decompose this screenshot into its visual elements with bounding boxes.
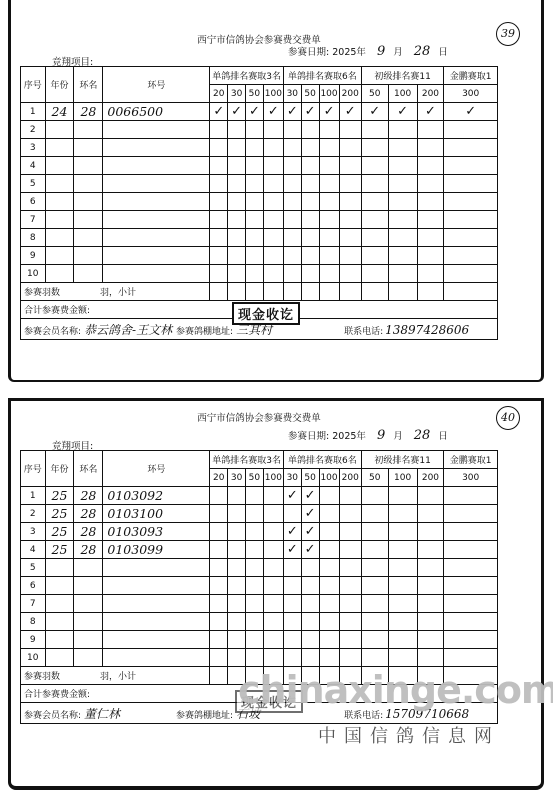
subtotal-cell[interactable] [210,283,228,301]
cell-check[interactable] [228,649,246,667]
cell-year[interactable] [45,157,74,175]
cell-check[interactable] [301,631,319,649]
cell-check[interactable] [444,265,498,283]
cell-check[interactable] [388,175,417,193]
cell-check[interactable] [444,157,498,175]
cell-check[interactable] [361,157,388,175]
cell-check[interactable] [319,157,339,175]
cell-check[interactable] [339,265,361,283]
cell-check[interactable] [245,595,263,613]
cell-check[interactable] [228,595,246,613]
cell-ring-name[interactable] [74,139,103,157]
cell-check[interactable] [245,193,263,211]
cell-check[interactable] [444,523,498,541]
cell-check[interactable] [388,631,417,649]
cell-check[interactable] [210,211,228,229]
cell-check[interactable] [339,595,361,613]
cell-check[interactable] [361,613,388,631]
cell-check[interactable]: ✓ [301,487,319,505]
cell-check[interactable] [228,247,246,265]
cell-check[interactable] [228,175,246,193]
cell-check[interactable] [361,229,388,247]
cell-check[interactable] [210,193,228,211]
cell-check[interactable] [245,523,263,541]
cell-check[interactable] [210,487,228,505]
cell-ring-name[interactable]: 28 [74,487,103,505]
cell-ring-no[interactable]: 0066500 [103,103,210,121]
cell-check[interactable] [210,523,228,541]
cell-check[interactable] [245,505,263,523]
cell-check[interactable] [339,175,361,193]
subtotal-cell[interactable] [388,283,417,301]
cell-check[interactable] [417,523,444,541]
cell-check[interactable] [245,265,263,283]
cell-check[interactable] [417,487,444,505]
cell-check[interactable] [263,175,283,193]
cell-check[interactable] [319,649,339,667]
cell-check[interactable] [283,121,301,139]
cell-ring-name[interactable] [74,211,103,229]
cell-check[interactable] [283,577,301,595]
cell-year[interactable]: 25 [45,541,74,559]
cell-check[interactable] [228,139,246,157]
subtotal-cell[interactable] [283,283,301,301]
cell-year[interactable] [45,559,74,577]
cell-check[interactable] [444,229,498,247]
cell-year[interactable] [45,121,74,139]
cell-ring-name[interactable] [74,157,103,175]
cell-check[interactable] [444,613,498,631]
cell-ring-no[interactable]: 0103100 [103,505,210,523]
cell-ring-no[interactable] [103,157,210,175]
cell-check[interactable] [388,193,417,211]
cell-ring-name[interactable] [74,265,103,283]
cell-check[interactable] [301,157,319,175]
phone-value[interactable]: 13897428606 [385,323,469,337]
cell-check[interactable] [339,157,361,175]
cell-check[interactable] [417,157,444,175]
cell-check[interactable] [263,229,283,247]
cell-year[interactable] [45,247,74,265]
cell-check[interactable] [417,559,444,577]
cell-year[interactable] [45,193,74,211]
cell-ring-no[interactable]: 0103099 [103,541,210,559]
cell-ring-no[interactable] [103,121,210,139]
cell-year[interactable] [45,229,74,247]
cell-check[interactable] [361,487,388,505]
cell-check[interactable] [417,649,444,667]
cell-check[interactable] [301,175,319,193]
cell-check[interactable]: ✓ [283,103,301,121]
cell-check[interactable] [361,139,388,157]
cell-check[interactable]: ✓ [417,103,444,121]
subtotal-cell[interactable] [245,283,263,301]
cell-check[interactable]: ✓ [263,103,283,121]
cell-check[interactable] [283,649,301,667]
cell-check[interactable] [210,577,228,595]
cell-check[interactable] [263,139,283,157]
cell-check[interactable]: ✓ [210,103,228,121]
cell-check[interactable] [339,487,361,505]
cell-check[interactable] [361,595,388,613]
cell-check[interactable] [210,139,228,157]
cell-check[interactable] [263,487,283,505]
cell-check[interactable] [301,121,319,139]
cell-check[interactable] [228,265,246,283]
cell-check[interactable] [245,559,263,577]
subtotal-cell[interactable] [417,283,444,301]
cell-year[interactable] [45,649,74,667]
cell-check[interactable] [301,559,319,577]
cell-check[interactable] [263,595,283,613]
cell-check[interactable] [301,613,319,631]
cell-check[interactable]: ✓ [283,487,301,505]
cell-ring-no[interactable] [103,559,210,577]
cell-check[interactable] [319,139,339,157]
cell-check[interactable] [245,211,263,229]
cell-check[interactable] [245,613,263,631]
cell-check[interactable] [283,139,301,157]
cell-check[interactable] [301,577,319,595]
cell-check[interactable] [417,613,444,631]
cell-ring-no[interactable] [103,139,210,157]
cell-check[interactable] [283,175,301,193]
cell-ring-name[interactable] [74,631,103,649]
cell-ring-no[interactable] [103,211,210,229]
cell-check[interactable] [263,265,283,283]
cell-check[interactable] [210,265,228,283]
cell-check[interactable] [319,193,339,211]
subtotal-cell[interactable] [361,283,388,301]
cell-check[interactable] [210,613,228,631]
cell-ring-name[interactable] [74,613,103,631]
cell-check[interactable]: ✓ [339,103,361,121]
cell-check[interactable] [361,577,388,595]
cell-check[interactable] [444,211,498,229]
cell-check[interactable] [319,541,339,559]
cell-year[interactable] [45,175,74,193]
cell-check[interactable] [228,121,246,139]
cell-check[interactable] [228,211,246,229]
cell-check[interactable] [210,121,228,139]
cell-check[interactable] [210,505,228,523]
cell-ring-name[interactable] [74,577,103,595]
cell-check[interactable] [263,577,283,595]
cell-check[interactable] [319,265,339,283]
cell-check[interactable] [319,175,339,193]
cell-check[interactable] [228,541,246,559]
cell-check[interactable] [417,577,444,595]
cell-check[interactable] [339,247,361,265]
cell-check[interactable] [301,265,319,283]
cell-check[interactable] [283,613,301,631]
cell-year[interactable] [45,577,74,595]
cell-check[interactable] [228,193,246,211]
cell-check[interactable] [283,595,301,613]
cell-check[interactable] [319,595,339,613]
cell-check[interactable] [388,211,417,229]
cell-check[interactable] [301,649,319,667]
cell-check[interactable] [361,631,388,649]
cell-check[interactable] [228,613,246,631]
subtotal-cell[interactable] [319,283,339,301]
subtotal-cell[interactable] [263,283,283,301]
cell-check[interactable] [417,139,444,157]
cell-check[interactable] [228,577,246,595]
cell-check[interactable] [245,631,263,649]
cell-check[interactable] [339,541,361,559]
cell-ring-no[interactable]: 0103093 [103,523,210,541]
cell-check[interactable] [210,595,228,613]
cell-check[interactable] [417,265,444,283]
cell-check[interactable] [444,649,498,667]
cell-check[interactable]: ✓ [283,541,301,559]
cell-check[interactable]: ✓ [444,103,498,121]
cell-check[interactable] [417,211,444,229]
cell-check[interactable] [263,157,283,175]
cell-check[interactable] [444,121,498,139]
subtotal-cell[interactable] [228,283,246,301]
cell-check[interactable] [263,613,283,631]
cell-check[interactable] [444,487,498,505]
cell-check[interactable] [228,631,246,649]
cell-check[interactable]: ✓ [301,541,319,559]
cell-ring-no[interactable] [103,175,210,193]
cell-check[interactable] [301,229,319,247]
cell-check[interactable] [210,631,228,649]
cell-check[interactable] [388,523,417,541]
cell-check[interactable] [245,487,263,505]
cell-check[interactable] [444,139,498,157]
cell-ring-no[interactable] [103,577,210,595]
cell-ring-no[interactable] [103,229,210,247]
cell-check[interactable] [361,523,388,541]
cell-check[interactable] [361,265,388,283]
cell-check[interactable] [361,541,388,559]
cell-check[interactable] [361,175,388,193]
cell-ring-no[interactable] [103,649,210,667]
cell-check[interactable] [339,577,361,595]
cell-check[interactable] [319,211,339,229]
cell-ring-no[interactable] [103,193,210,211]
cell-check[interactable] [361,193,388,211]
cell-ring-name[interactable]: 28 [74,103,103,121]
cell-check[interactable] [319,631,339,649]
cell-check[interactable] [283,247,301,265]
cell-check[interactable] [417,541,444,559]
cell-check[interactable] [388,157,417,175]
cell-year[interactable]: 24 [45,103,74,121]
cell-check[interactable] [283,559,301,577]
cell-check[interactable] [283,265,301,283]
cell-ring-name[interactable] [74,649,103,667]
cell-check[interactable] [319,121,339,139]
cell-check[interactable] [388,247,417,265]
cell-check[interactable] [245,229,263,247]
cell-check[interactable] [319,523,339,541]
cell-check[interactable] [263,193,283,211]
cell-check[interactable] [210,559,228,577]
cell-check[interactable] [388,139,417,157]
cell-ring-name[interactable] [74,595,103,613]
cell-check[interactable] [228,487,246,505]
cell-check[interactable] [283,631,301,649]
cell-check[interactable] [319,505,339,523]
cell-check[interactable] [339,559,361,577]
cell-check[interactable] [263,523,283,541]
cell-check[interactable] [361,121,388,139]
cell-check[interactable] [388,649,417,667]
cell-check[interactable] [319,487,339,505]
cell-check[interactable] [339,229,361,247]
cell-check[interactable] [444,559,498,577]
cell-check[interactable] [388,265,417,283]
cell-check[interactable] [444,175,498,193]
cell-check[interactable] [263,505,283,523]
cell-check[interactable] [210,541,228,559]
cell-check[interactable] [283,505,301,523]
cell-check[interactable] [417,175,444,193]
cell-check[interactable] [417,631,444,649]
cell-check[interactable] [388,613,417,631]
cell-ring-no[interactable]: 0103092 [103,487,210,505]
cell-check[interactable] [245,175,263,193]
cell-check[interactable]: ✓ [245,103,263,121]
cell-year[interactable] [45,631,74,649]
cell-check[interactable] [388,577,417,595]
cell-check[interactable] [319,229,339,247]
cell-check[interactable]: ✓ [301,103,319,121]
cell-check[interactable] [245,157,263,175]
cell-check[interactable] [388,121,417,139]
cell-check[interactable] [210,247,228,265]
cell-check[interactable]: ✓ [301,505,319,523]
cell-check[interactable] [444,505,498,523]
cell-check[interactable] [263,211,283,229]
cell-check[interactable] [228,229,246,247]
cell-check[interactable] [228,157,246,175]
cell-year[interactable] [45,211,74,229]
cell-check[interactable]: ✓ [301,523,319,541]
cell-check[interactable] [301,211,319,229]
cell-check[interactable] [319,577,339,595]
cell-check[interactable] [319,613,339,631]
cell-check[interactable] [339,505,361,523]
cell-check[interactable] [245,541,263,559]
cell-check[interactable] [263,559,283,577]
cell-check[interactable] [339,211,361,229]
cell-ring-name[interactable]: 28 [74,505,103,523]
cell-year[interactable] [45,265,74,283]
cell-check[interactable] [388,487,417,505]
cell-check[interactable] [361,211,388,229]
cell-check[interactable] [388,505,417,523]
cell-year[interactable] [45,139,74,157]
cell-check[interactable] [417,121,444,139]
cell-check[interactable] [444,247,498,265]
cell-check[interactable]: ✓ [319,103,339,121]
cell-year[interactable]: 25 [45,505,74,523]
subtotal-cell[interactable] [339,283,361,301]
cell-check[interactable] [301,247,319,265]
cell-check[interactable] [361,559,388,577]
cell-check[interactable] [388,229,417,247]
cell-check[interactable] [245,247,263,265]
cell-ring-no[interactable] [103,595,210,613]
cell-year[interactable] [45,595,74,613]
cell-check[interactable] [283,193,301,211]
subtotal-cell[interactable] [301,283,319,301]
cell-check[interactable] [444,193,498,211]
cell-check[interactable] [444,541,498,559]
cell-ring-name[interactable] [74,247,103,265]
cell-check[interactable] [339,613,361,631]
cell-check[interactable] [283,229,301,247]
cell-check[interactable] [210,229,228,247]
cell-check[interactable] [417,247,444,265]
cell-check[interactable] [319,559,339,577]
cell-ring-no[interactable] [103,265,210,283]
cell-ring-name[interactable]: 28 [74,523,103,541]
member-name-value[interactable]: 董仁林 [84,705,176,722]
cell-ring-no[interactable] [103,631,210,649]
cell-check[interactable] [283,157,301,175]
cell-year[interactable] [45,613,74,631]
cell-check[interactable] [388,559,417,577]
cell-check[interactable] [263,121,283,139]
cell-ring-name[interactable] [74,193,103,211]
cell-ring-name[interactable] [74,229,103,247]
cell-check[interactable] [210,175,228,193]
subtotal-cell[interactable] [210,667,228,685]
cell-year[interactable]: 25 [45,487,74,505]
cell-check[interactable] [339,121,361,139]
cell-year[interactable]: 25 [45,523,74,541]
cell-check[interactable] [283,211,301,229]
cell-check[interactable] [301,193,319,211]
cell-check[interactable] [361,649,388,667]
cell-check[interactable] [245,121,263,139]
cell-check[interactable] [444,631,498,649]
cell-check[interactable]: ✓ [388,103,417,121]
cell-check[interactable] [339,193,361,211]
cell-check[interactable] [210,649,228,667]
cell-check[interactable] [339,631,361,649]
cell-check[interactable] [228,559,246,577]
cell-check[interactable] [417,193,444,211]
cell-check[interactable] [444,595,498,613]
cell-check[interactable] [228,505,246,523]
cell-check[interactable]: ✓ [228,103,246,121]
cell-ring-name[interactable] [74,121,103,139]
cell-check[interactable] [228,523,246,541]
cell-check[interactable] [245,649,263,667]
cell-ring-no[interactable] [103,247,210,265]
cell-check[interactable]: ✓ [361,103,388,121]
cell-check[interactable] [339,523,361,541]
cell-check[interactable] [388,595,417,613]
cell-check[interactable] [263,247,283,265]
cell-check[interactable] [388,541,417,559]
cell-check[interactable] [339,649,361,667]
cell-check[interactable] [210,157,228,175]
cell-check[interactable] [417,505,444,523]
cell-check[interactable] [319,247,339,265]
cell-check[interactable]: ✓ [283,523,301,541]
cell-check[interactable] [417,229,444,247]
cell-ring-name[interactable] [74,175,103,193]
cell-check[interactable] [444,577,498,595]
